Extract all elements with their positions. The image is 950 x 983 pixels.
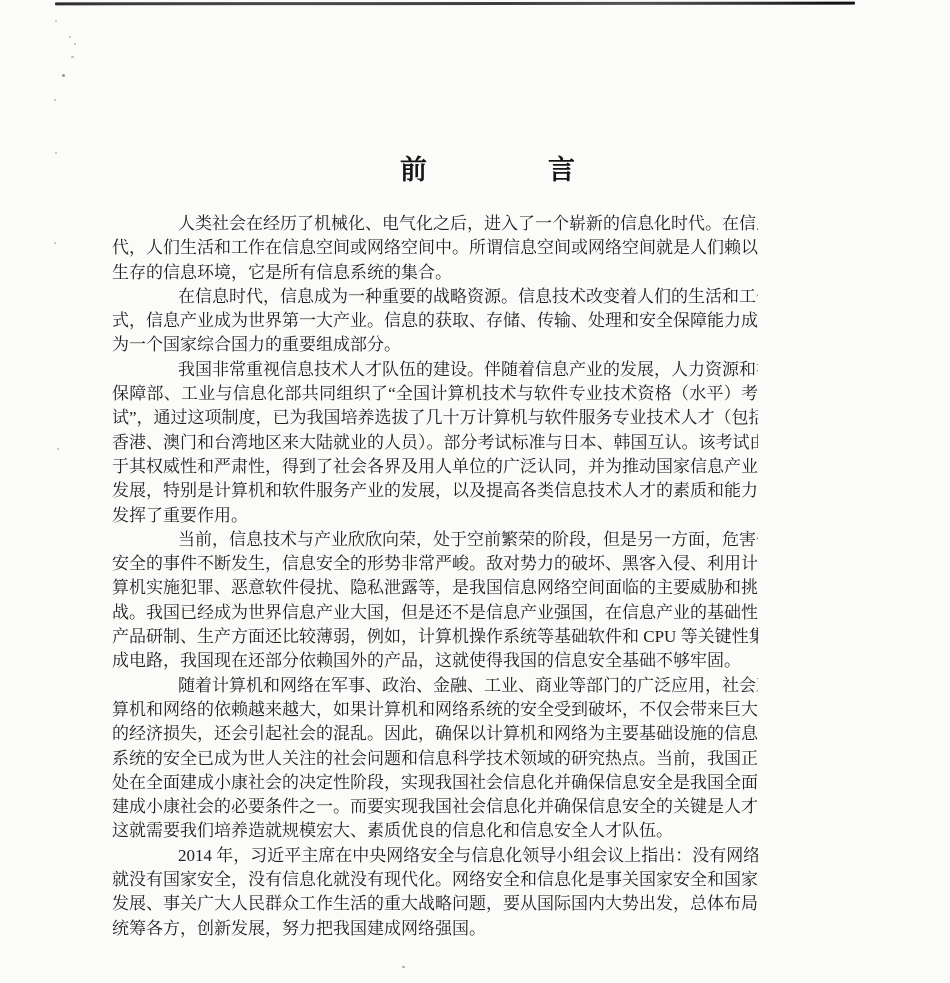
text-line: 发展，特别是计算机和软件服务产业的发展，以及提高各类信息技术人才的素质和能力 — [112, 479, 758, 503]
text-line: 代，人们生活和工作在信息空间或网络空间中。所谓信息空间或网络空间就是人们赖以 — [112, 236, 758, 260]
text-line: 发挥了重要作用。 — [112, 504, 758, 528]
text-line: 随着计算机和网络在军事、政治、金融、工业、商业等部门的广泛应用，社会对计 — [112, 674, 758, 698]
scan-artifact-line — [55, 2, 855, 6]
scan-speck — [57, 448, 59, 450]
text-line: 算机和网络的依赖越来越大，如果计算机和网络系统的安全受到破坏，不仅会带来巨大 — [112, 698, 758, 722]
text-line: 建成小康社会的必要条件之一。而要实现我国社会信息化并确保信息安全的关键是人才， — [112, 795, 758, 819]
text-line: 人类社会在经历了机械化、电气化之后，进入了一个崭新的信息化时代。在信息时 — [112, 212, 758, 236]
paragraph-1: 人类社会在经历了机械化、电气化之后，进入了一个崭新的信息化时代。在信息时代，人们… — [112, 212, 758, 285]
paragraph-4: 当前，信息技术与产业欣欣向荣，处于空前繁荣的阶段，但是另一方面，危害信息安全的事… — [112, 528, 758, 674]
text-line: 保障部、工业与信息化部共同组织了“全国计算机技术与软件专业技术资格（水平）考 — [112, 382, 758, 406]
text-line: 生存的信息环境，它是所有信息系统的集合。 — [112, 261, 758, 285]
preface-title: 前 言 — [400, 154, 622, 186]
text-line: 2014 年，习近平主席在中央网络安全与信息化领导小组会议上指出：没有网络安全 — [112, 844, 758, 868]
scan-speck — [69, 36, 71, 38]
paragraph-3: 我国非常重视信息技术人才队伍的建设。伴随着信息产业的发展，人力资源和社会保障部、… — [112, 358, 758, 528]
text-line: 统筹各方，创新发展，努力把我国建成网络强国。 — [112, 917, 758, 941]
scan-speck — [71, 56, 74, 58]
text-line: 在信息时代，信息成为一种重要的战略资源。信息技术改变着人们的生活和工作方 — [112, 285, 758, 309]
paragraph-2: 在信息时代，信息成为一种重要的战略资源。信息技术改变着人们的生活和工作方式，信息… — [112, 285, 758, 358]
text-line: 安全的事件不断发生，信息安全的形势非常严峻。敌对势力的破坏、黑客入侵、利用计 — [112, 552, 758, 576]
text-line: 发展、事关广大人民群众工作生活的重大战略问题，要从国际国内大势出发，总体布局， — [112, 892, 758, 916]
scan-speck — [62, 74, 65, 77]
scan-speck — [54, 242, 56, 244]
scan-speck — [402, 966, 405, 968]
text-line: 式，信息产业成为世界第一大产业。信息的获取、存储、传输、处理和安全保障能力成 — [112, 309, 758, 333]
text-line: 战。我国已经成为世界信息产业大国，但是还不是信息产业强国，在信息产业的基础性 — [112, 601, 758, 625]
scan-speck — [55, 152, 57, 154]
scan-speck — [74, 43, 76, 45]
text-line: 的经济损失，还会引起社会的混乱。因此，确保以计算机和网络为主要基础设施的信息 — [112, 722, 758, 746]
paragraph-6: 2014 年，习近平主席在中央网络安全与信息化领导小组会议上指出：没有网络安全就… — [112, 844, 758, 941]
scan-speck — [54, 99, 56, 101]
text-line: 成电路，我国现在还部分依赖国外的产品，这就使得我国的信息安全基础不够牢固。 — [112, 649, 758, 673]
body-text: 人类社会在经历了机械化、电气化之后，进入了一个崭新的信息化时代。在信息时代，人们… — [112, 212, 758, 941]
text-line: 处在全面建成小康社会的决定性阶段，实现我国社会信息化并确保信息安全是我国全面 — [112, 771, 758, 795]
text-line: 于其权威性和严肃性，得到了社会各界及用人单位的广泛认同，并为推动国家信息产业 — [112, 455, 758, 479]
scan-speck — [55, 20, 57, 22]
text-line: 算机实施犯罪、恶意软件侵扰、隐私泄露等，是我国信息网络空间面临的主要威胁和挑 — [112, 576, 758, 600]
text-line: 香港、澳门和台湾地区来大陆就业的人员）。部分考试标准与日本、韩国互认。该考试由 — [112, 431, 758, 455]
text-line: 当前，信息技术与产业欣欣向荣，处于空前繁荣的阶段，但是另一方面，危害信息 — [112, 528, 758, 552]
text-line: 系统的安全已成为世人关注的社会问题和信息科学技术领域的研究热点。当前，我国正 — [112, 747, 758, 771]
text-line: 这就需要我们培养造就规模宏大、素质优良的信息化和信息安全人才队伍。 — [112, 819, 758, 843]
text-line: 产品研制、生产方面还比较薄弱，例如，计算机操作系统等基础软件和 CPU 等关键性… — [112, 625, 758, 649]
text-line: 我国非常重视信息技术人才队伍的建设。伴随着信息产业的发展，人力资源和社会 — [112, 358, 758, 382]
text-line: 试”，通过这项制度，已为我国培养选拔了几十万计算机与软件服务专业技术人才（包括 — [112, 406, 758, 430]
text-line: 就没有国家安全，没有信息化就没有现代化。网络安全和信息化是事关国家安全和国家 — [112, 868, 758, 892]
paragraph-5: 随着计算机和网络在军事、政治、金融、工业、商业等部门的广泛应用，社会对计算机和网… — [112, 674, 758, 844]
text-line: 为一个国家综合国力的重要组成部分。 — [112, 333, 758, 357]
scanned-page: 前 言 人类社会在经历了机械化、电气化之后，进入了一个崭新的信息化时代。在信息时… — [0, 0, 950, 983]
